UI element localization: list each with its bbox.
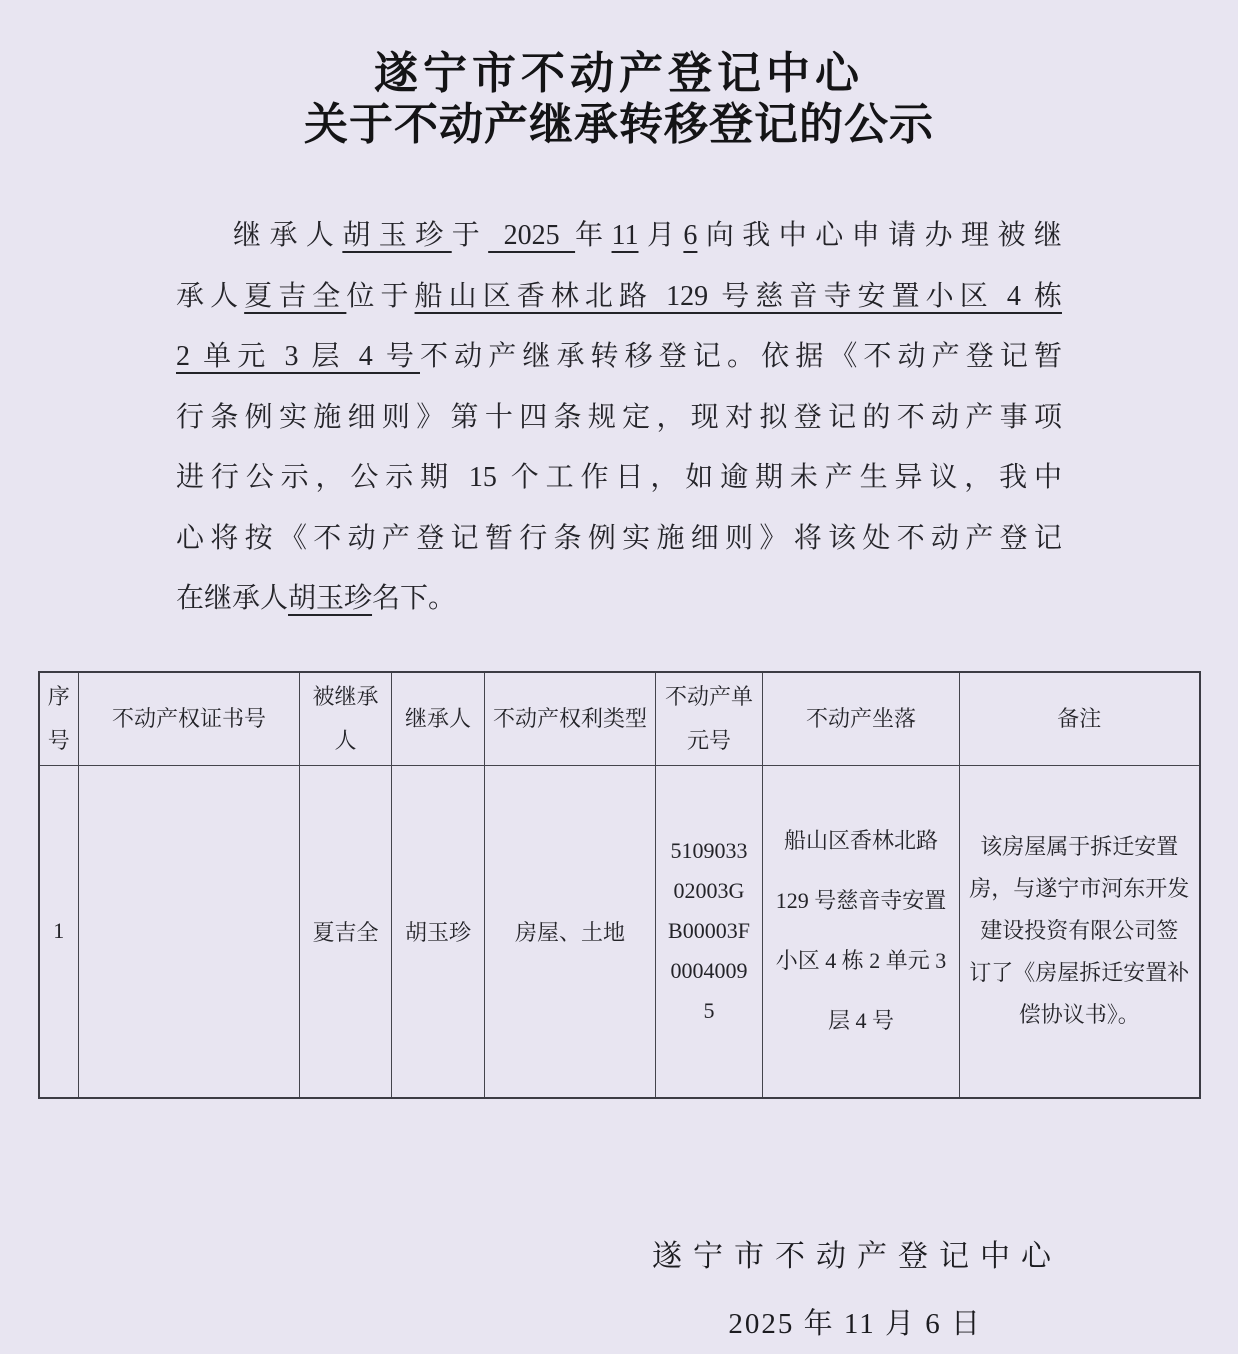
cell-decedent: 夏吉全 [300, 765, 392, 1098]
col-header-location: 不动产坐落 [763, 672, 960, 766]
notice-document-page: 遂宁市不动产登记中心 关于不动产继承转移登记的公示 继承人胡玉珍于 2025 年… [0, 0, 1238, 1354]
cell-seq: 1 [39, 765, 79, 1098]
cell-right-type: 房屋、土地 [485, 765, 656, 1098]
signature-org: 遂宁市不动产登记中心 [0, 1231, 1238, 1275]
cell-location: 船山区香林北路129 号慈音寺安置小区 4 栋 2 单元 3层 4 号 [763, 765, 960, 1098]
cell-unit-no: 510903302003GB00003F00040095 [656, 765, 763, 1098]
col-header-decedent: 被继承人 [300, 672, 392, 766]
table-header-row: 序号 不动产权证书号 被继承人 继承人 不动产权利类型 不动产单元号 不动产坐落… [39, 672, 1200, 766]
cell-heir: 胡玉珍 [392, 765, 485, 1098]
col-header-unit-no: 不动产单元号 [656, 672, 763, 766]
cell-cert-no [79, 765, 300, 1098]
col-header-right-type: 不动产权利类型 [485, 672, 656, 766]
document-title-line1: 遂宁市不动产登记中心 [0, 0, 1238, 99]
col-header-cert-no: 不动产权证书号 [79, 672, 300, 766]
col-header-remark: 备注 [960, 672, 1200, 766]
col-header-heir: 继承人 [392, 672, 485, 766]
document-title-line2: 关于不动产继承转移登记的公示 [0, 99, 1238, 150]
signature-date: 2025 年 11 月 6 日 [0, 1301, 1238, 1342]
notice-body-paragraph: 继承人胡玉珍于 2025 年11月6向我中心申请办理被继承人夏吉全位于船山区香林… [176, 206, 1062, 630]
cell-remark: 该房屋属于拆迁安置房，与遂宁市河东开发建设投资有限公司签订了《房屋拆迁安置补偿协… [960, 765, 1200, 1098]
col-header-seq: 序号 [39, 672, 79, 766]
registration-table: 序号 不动产权证书号 被继承人 继承人 不动产权利类型 不动产单元号 不动产坐落… [38, 671, 1201, 1100]
table-row: 1 夏吉全 胡玉珍 房屋、土地 510903302003GB00003F0004… [39, 765, 1200, 1098]
